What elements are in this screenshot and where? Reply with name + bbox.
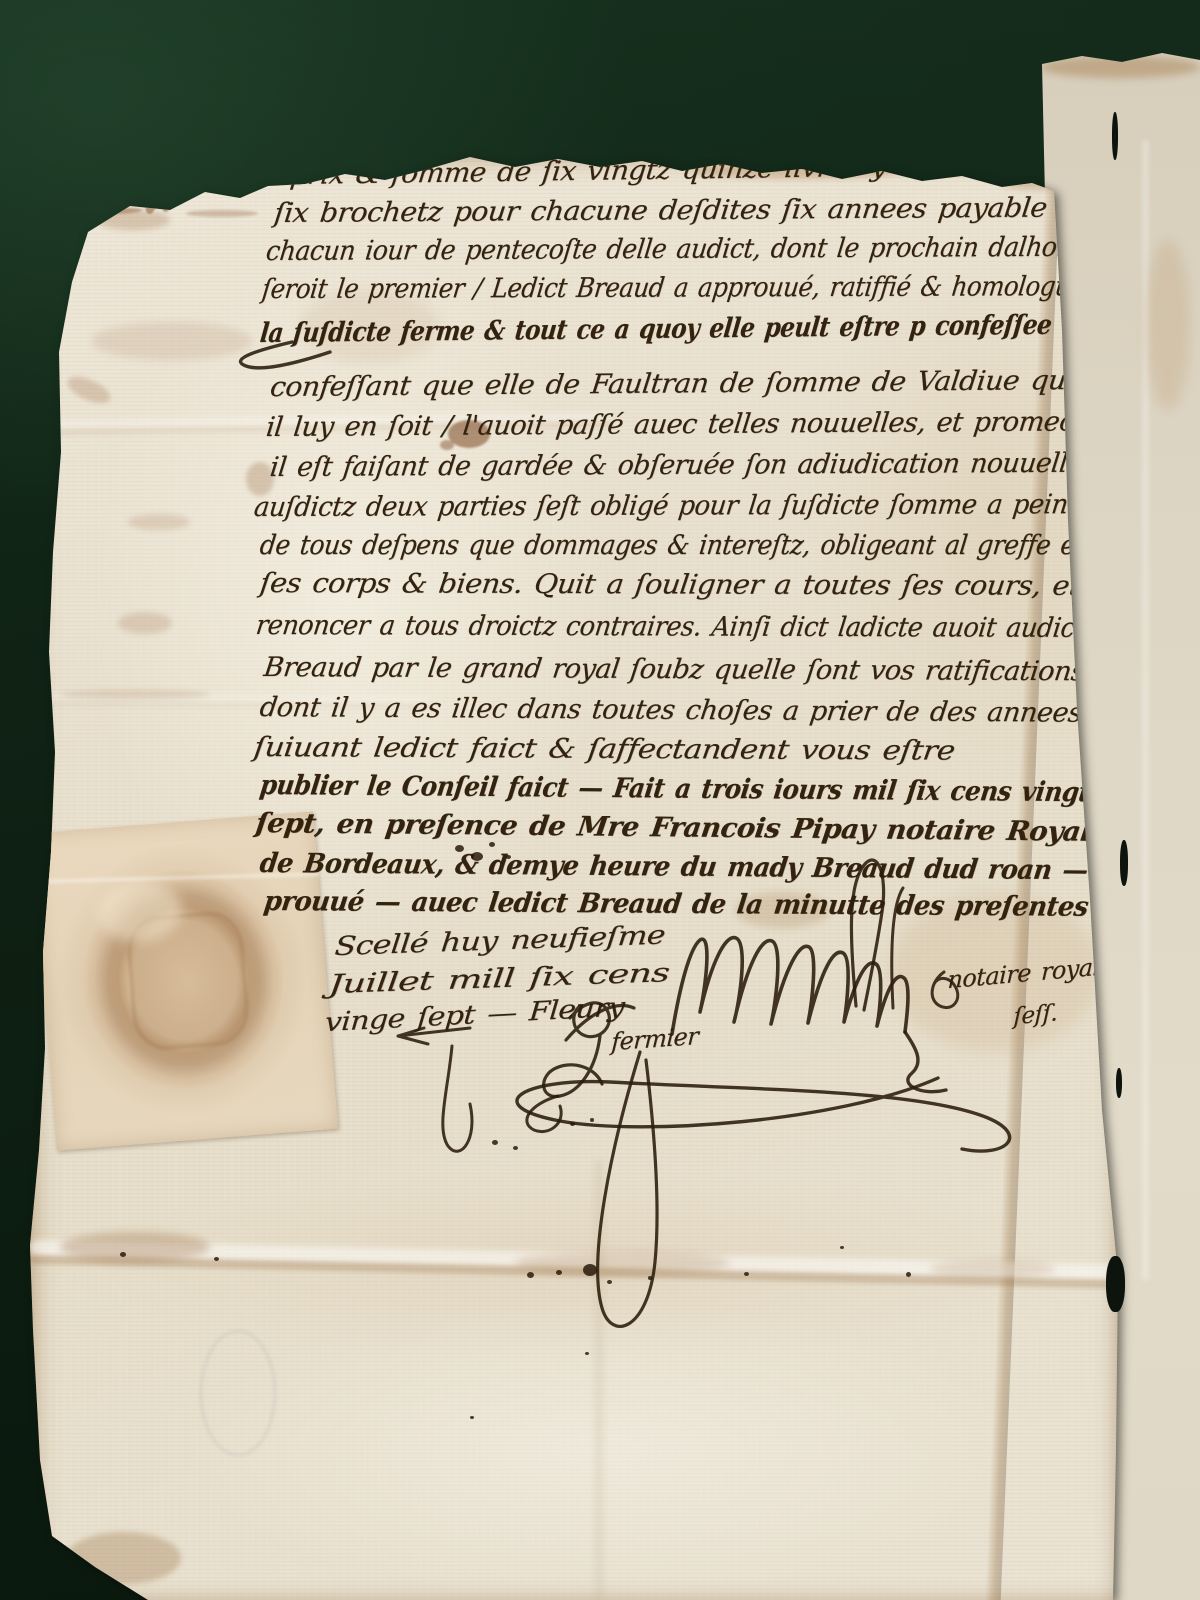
seam-gap — [1120, 840, 1128, 886]
ink-speck — [527, 1272, 534, 1278]
line5-swash — [241, 342, 330, 368]
signature-zigzag — [672, 938, 908, 1034]
ink-speck — [607, 1280, 612, 1284]
manuscript-photograph: prix & ſomme de ſix vingtz quinze livres… — [0, 0, 1200, 1600]
ink-speck — [489, 842, 495, 847]
seam-hole — [1106, 1256, 1125, 1312]
date-arrow-dash — [398, 1028, 470, 1044]
ink-speck — [556, 1270, 562, 1275]
ink-speck — [506, 855, 511, 859]
ink-speck — [570, 1122, 575, 1126]
ink-speck — [590, 1118, 594, 1122]
ink-speck — [120, 1252, 126, 1257]
seam-gap — [1112, 112, 1118, 160]
signature-ascender — [892, 888, 903, 1008]
notary-paraph-ring — [932, 972, 958, 1008]
front-leaf-wrap: prix & ſomme de ſix vingtz quinze livres… — [0, 0, 1200, 1600]
ink-speck — [470, 1416, 474, 1419]
grand-descender-loop — [598, 1052, 657, 1326]
ink-speck — [583, 1264, 597, 1276]
signature-flourish-svg — [0, 0, 1200, 1600]
ink-speck — [840, 1246, 844, 1249]
ink-speck — [906, 1272, 911, 1277]
document-page: prix & ſomme de ſix vingtz quinze livres… — [0, 0, 1200, 1600]
seam-gap — [1116, 1068, 1122, 1098]
ink-speck — [744, 1272, 749, 1276]
ink-speck — [585, 1352, 589, 1355]
signature-underline-loop — [517, 1078, 1010, 1151]
control-descender — [443, 1046, 472, 1151]
ink-speck — [513, 1146, 518, 1150]
ink-speck — [471, 852, 483, 861]
ink-speck — [648, 1276, 652, 1280]
ink-speck — [214, 1257, 219, 1261]
ink-speck — [492, 1140, 498, 1145]
ink-speck — [455, 845, 464, 852]
